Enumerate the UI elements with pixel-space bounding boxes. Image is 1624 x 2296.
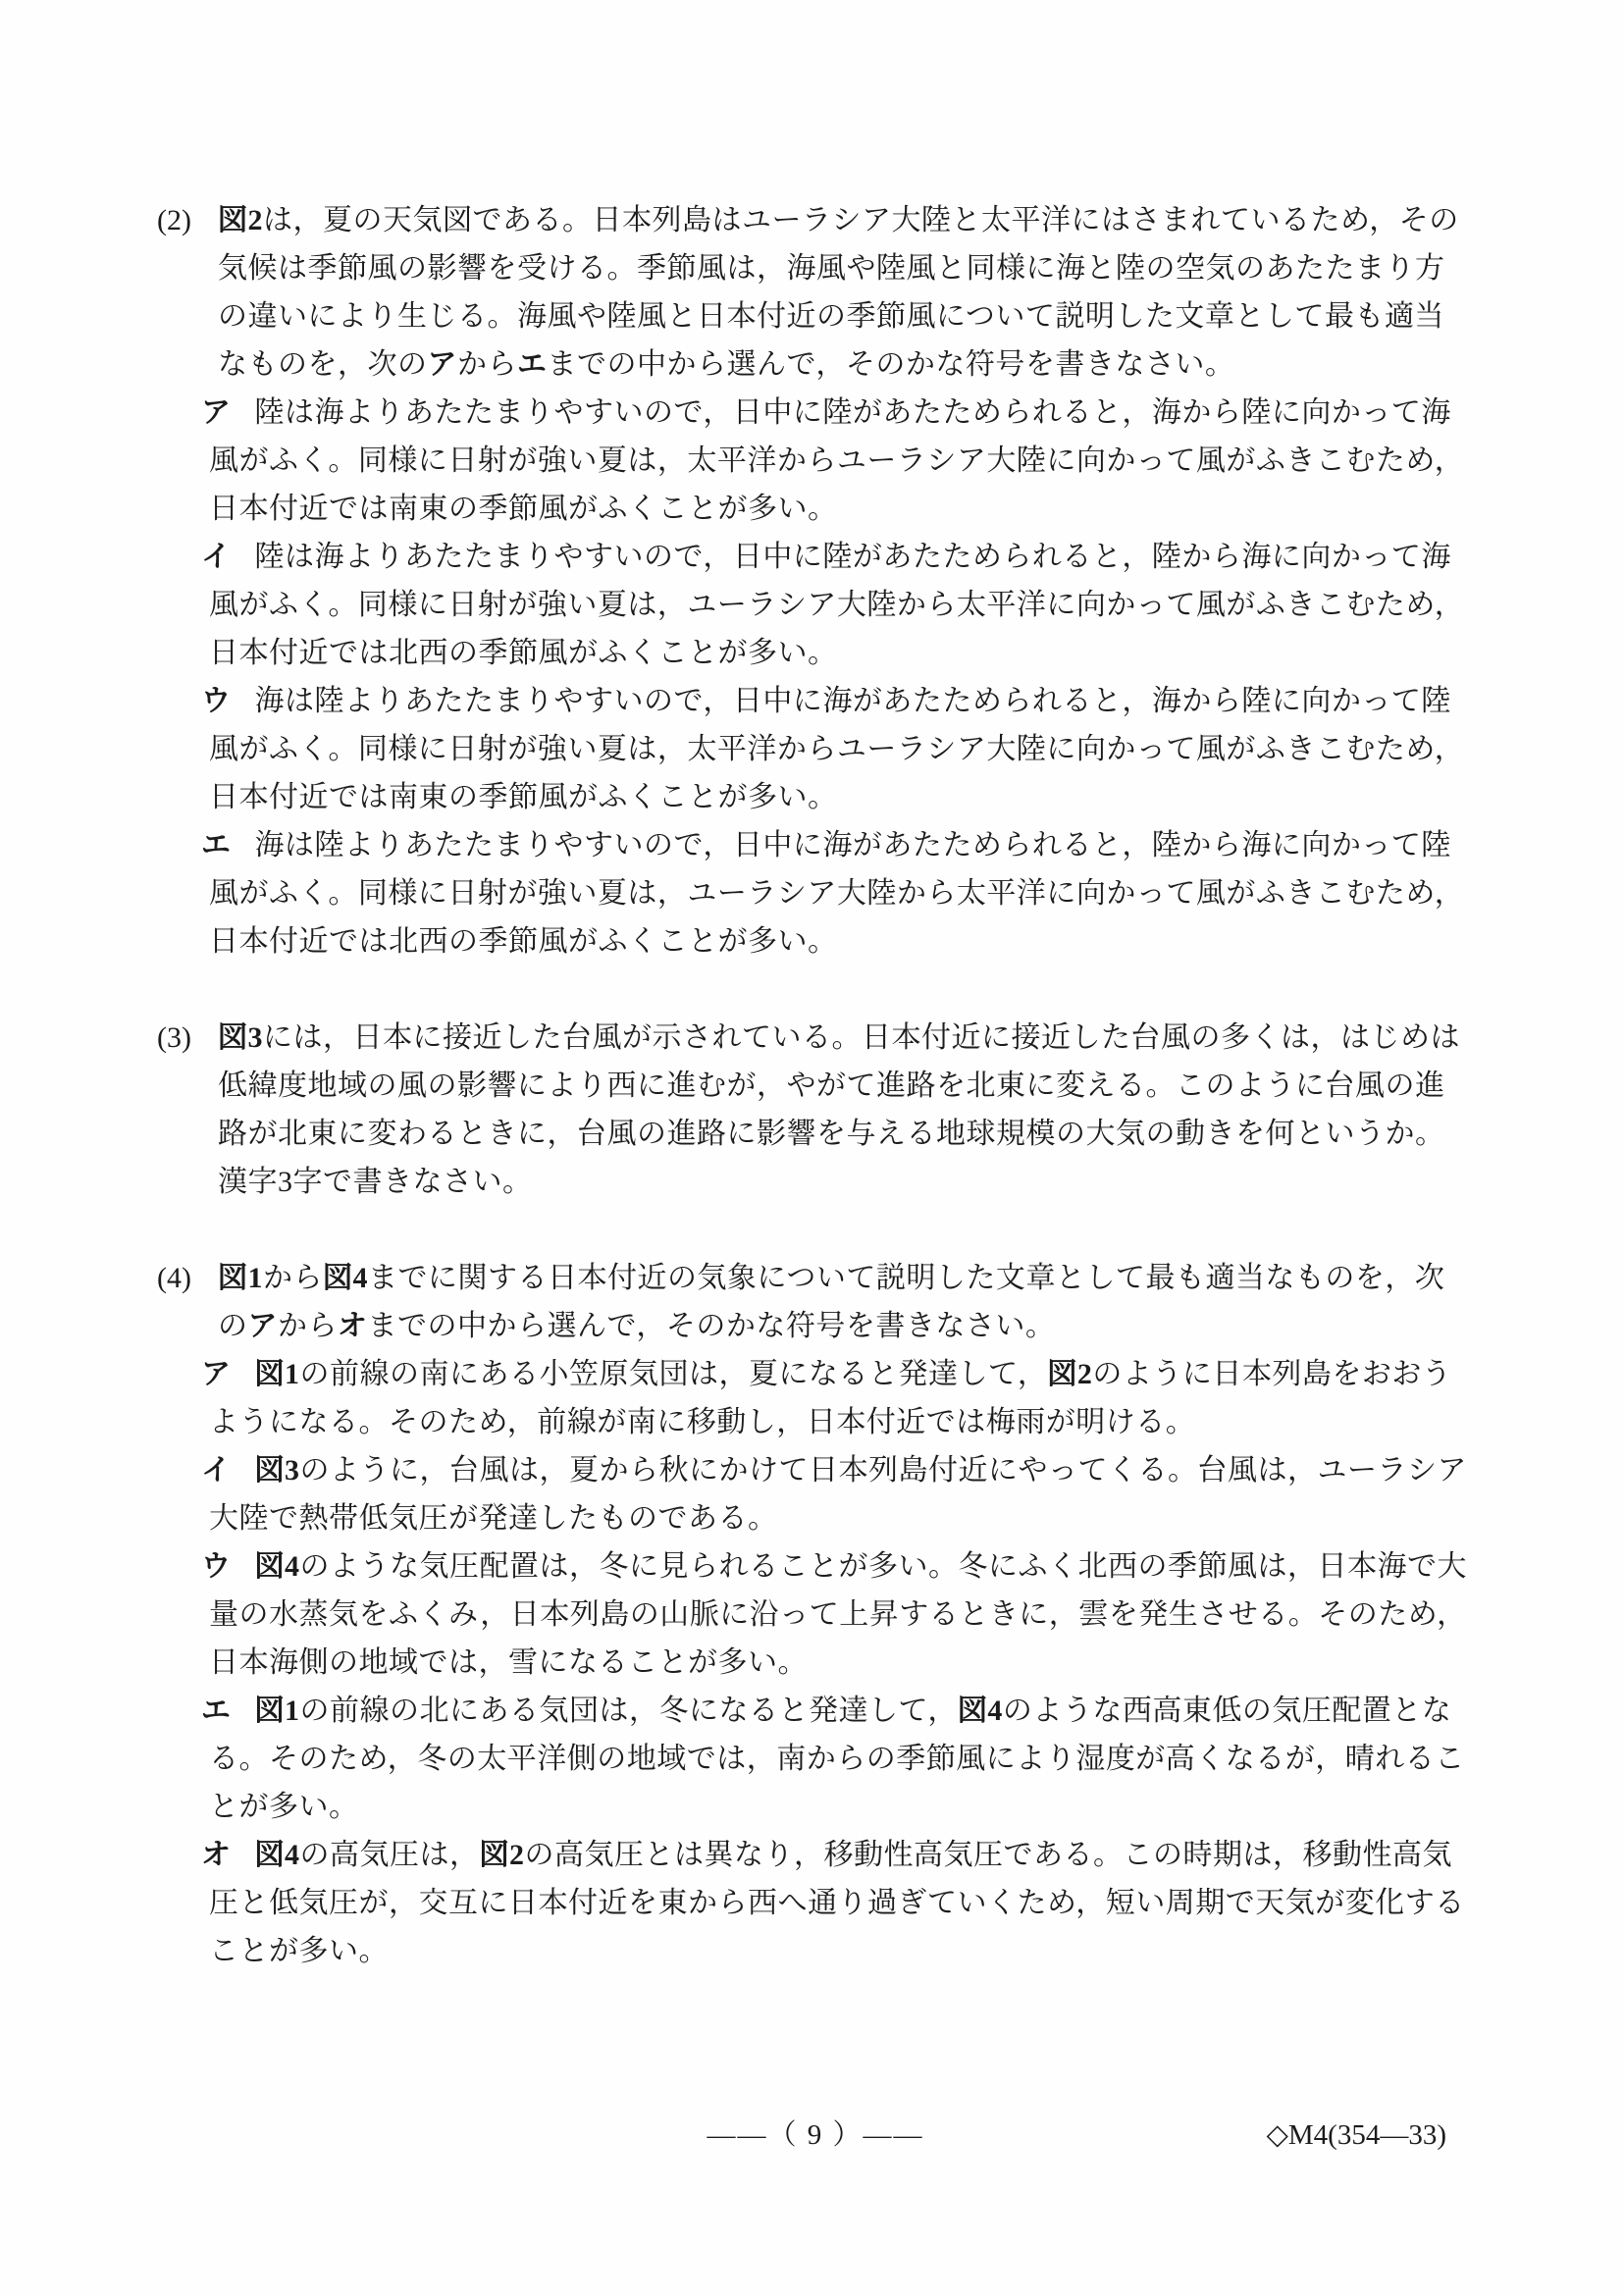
doc-code: ◇M4(354—33) <box>1267 2112 1446 2160</box>
option-row-i: イ陸は海よりあたたまりやすいので，日中に陸があたためられると，陸から海に向かって… <box>157 533 1474 677</box>
question-number: (3) <box>157 1014 218 1062</box>
option-text: 海は陸よりあたたまりやすいので，日中に海があたためられると，海から陸に向かって陸… <box>209 685 1464 813</box>
option-row-a: ア陸は海よりあたたまりやすいので，日中に陸があたためられると，海から陸に向かって… <box>157 389 1474 533</box>
option-row-u: ウ海は陸よりあたたまりやすいので，日中に海があたためられると，海から陸に向かって… <box>157 677 1474 821</box>
question-4-intro: (4)図1から図4までに関する日本付近の気象について説明した文章として最も適当な… <box>157 1254 1474 1350</box>
option-marker: ア <box>201 1358 232 1390</box>
option-marker: イ <box>201 541 232 573</box>
option-marker: ウ <box>201 685 232 717</box>
option-marker: エ <box>201 1695 232 1727</box>
question-number: (4) <box>157 1254 218 1302</box>
question-3-intro: (3)図3には，日本に接近した台風が示されている。日本付近に接近した台風の多くは… <box>157 1014 1474 1206</box>
option-text: 図4の高気圧は，図2の高気圧とは異なり，移動性高気圧である。この時期は，移動性高… <box>209 1839 1465 1967</box>
question-number: (2) <box>157 196 218 244</box>
option-marker: エ <box>201 829 232 861</box>
question-text: 図1から図4までに関する日本付近の気象について説明した文章として最も適当なものを… <box>218 1262 1444 1342</box>
question-text: 図2は，夏の天気図である。日本列島はユーラシア大陸と太平洋にはさまれているため，… <box>218 204 1459 381</box>
option-row-e: エ図1の前線の北にある気団は，冬になると発達して，図4のような西高東低の気圧配置… <box>157 1687 1474 1831</box>
option-text: 海は陸よりあたたまりやすいので，日中に海があたためられると，陸から海に向かって陸… <box>209 829 1464 958</box>
option-row-a: ア図1の前線の南にある小笠原気団は，夏になると発達して，図2のように日本列島をお… <box>157 1350 1474 1446</box>
option-row-o: オ図4の高気圧は，図2の高気圧とは異なり，移動性高気圧である。この時期は，移動性… <box>157 1831 1474 1975</box>
option-row-u: ウ図4のような気圧配置は，冬に見られることが多い。冬にふく北西の季節風は，日本海… <box>157 1542 1474 1687</box>
question-3: (3)図3には，日本に接近した台風が示されている。日本付近に接近した台風の多くは… <box>157 1014 1474 1206</box>
question-2: (2)図2は，夏の天気図である。日本列島はユーラシア大陸と太平洋にはさまれている… <box>157 196 1474 965</box>
page-footer: ——（ 9 ）—— ◇M4(354—33) <box>157 2112 1474 2160</box>
option-text: 図3のように，台風は，夏から秋にかけて日本列島付近にやってくる。台風は，ユーラシ… <box>209 1454 1467 1535</box>
option-marker: オ <box>201 1839 232 1871</box>
question-text: 図3には，日本に接近した台風が示されている。日本付近に接近した台風の多くは，はじ… <box>218 1021 1460 1198</box>
option-text: 図1の前線の北にある気団は，冬になると発達して，図4のような西高東低の気圧配置と… <box>209 1695 1465 1823</box>
option-text: 図4のような気圧配置は，冬に見られることが多い。冬にふく北西の季節風は，日本海で… <box>209 1550 1467 1679</box>
exam-content: (2)図2は，夏の天気図である。日本列島はユーラシア大陸と太平洋にはさまれている… <box>157 196 1474 1975</box>
option-marker: イ <box>201 1454 232 1487</box>
exam-paper-page: (2)図2は，夏の天気図である。日本列島はユーラシア大陸と太平洋にはさまれている… <box>0 0 1624 2296</box>
option-row-e: エ海は陸よりあたたまりやすいので，日中に海があたためられると，陸から海に向かって… <box>157 821 1474 965</box>
question-2-intro: (2)図2は，夏の天気図である。日本列島はユーラシア大陸と太平洋にはさまれている… <box>157 196 1474 389</box>
option-text: 図1の前線の南にある小笠原気団は，夏になると発達して，図2のように日本列島をおお… <box>209 1358 1451 1438</box>
option-row-i: イ図3のように，台風は，夏から秋にかけて日本列島付近にやってくる。台風は，ユーラ… <box>157 1446 1474 1542</box>
option-text: 陸は海よりあたたまりやすいので，日中に陸があたためられると，陸から海に向かって海… <box>209 541 1464 669</box>
option-text: 陸は海よりあたたまりやすいので，日中に陸があたためられると，海から陸に向かって海… <box>209 396 1464 525</box>
option-marker: ウ <box>201 1550 232 1583</box>
option-marker: ア <box>201 396 232 429</box>
question-4: (4)図1から図4までに関する日本付近の気象について説明した文章として最も適当な… <box>157 1254 1474 1975</box>
